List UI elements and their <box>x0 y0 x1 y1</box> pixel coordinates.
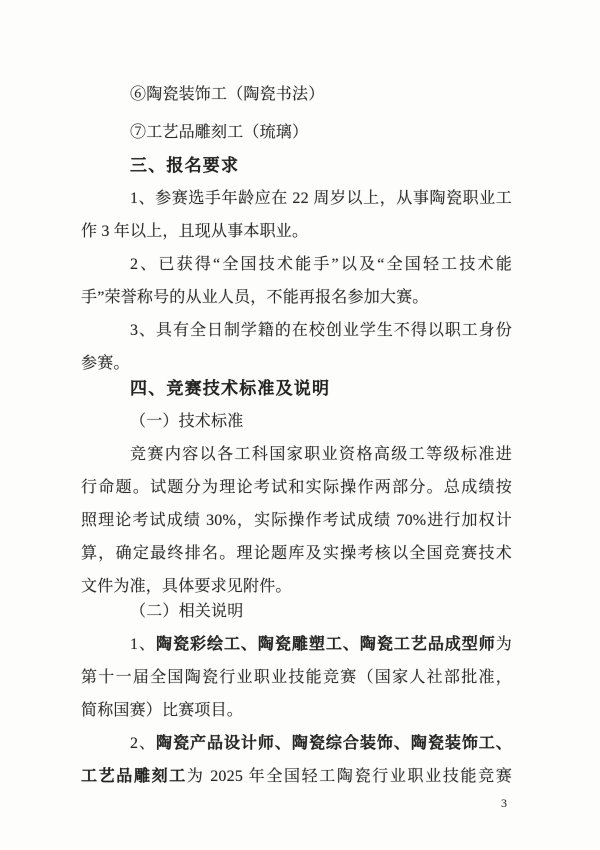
sec4-note2-line2: 工艺品雕刻工为 2025 年全国轻工陶瓷行业职业技能竞赛 <box>81 760 512 793</box>
note1-line1-tail: 为 <box>496 636 512 653</box>
sec4-note1-line3: 简称国赛）比赛项目。 <box>81 694 512 727</box>
note1-number: 1、 <box>130 636 156 653</box>
sec3-item2-line2: 手”荣誉称号的从业人员，不能再报名参加大赛。 <box>81 281 512 314</box>
sec4-subheading-2: （二）相关说明 <box>81 595 512 628</box>
note2-line2-tail: 为 2025 年全国轻工陶瓷行业职业技能竞赛 <box>187 768 512 785</box>
document-body: ⑥陶瓷装饰工（陶瓷书法） ⑦工艺品雕刻工（琉璃） 三、报名要求 1、参赛选手年龄… <box>81 78 512 793</box>
sec3-item2-line1: 2、已获得“全国技术能手”以及“全国轻工技术能 <box>81 248 512 281</box>
note2-bold-occupations: 陶瓷产品设计师、陶瓷综合装饰、陶瓷装饰工、 <box>156 735 512 752</box>
sec4-para1-line4: 算，确定最终排名。理论题库及实操考核以全国竞赛技术 <box>81 537 512 570</box>
section-4-heading: 四、竞赛技术标准及说明 <box>81 372 512 405</box>
sec4-para1-line2: 行命题。试题分为理论考试和实际操作两部分。总成绩按 <box>81 471 512 504</box>
sec3-item1-line2: 作 3 年以上，且现从事本职业。 <box>81 215 512 248</box>
list-item-7: ⑦工艺品雕刻工（琉璃） <box>81 116 512 149</box>
section-3-heading: 三、报名要求 <box>81 149 512 182</box>
document-page: ⑥陶瓷装饰工（陶瓷书法） ⑦工艺品雕刻工（琉璃） 三、报名要求 1、参赛选手年龄… <box>0 0 600 850</box>
sec4-note2-line1: 2、陶瓷产品设计师、陶瓷综合装饰、陶瓷装饰工、 <box>81 727 512 760</box>
page-number: 3 <box>501 796 507 811</box>
sec4-subheading-1: （一）技术标准 <box>81 405 512 438</box>
sec4-para1-line1: 竞赛内容以各工科国家职业资格高级工等级标准进 <box>81 438 512 471</box>
list-item-6: ⑥陶瓷装饰工（陶瓷书法） <box>81 78 512 111</box>
sec4-para1-line3: 照理论考试成绩 30%，实际操作考试成绩 70%进行加权计 <box>81 504 512 537</box>
note2-bold-occupation-cont: 工艺品雕刻工 <box>81 768 187 785</box>
sec4-note1-line1: 1、陶瓷彩绘工、陶瓷雕塑工、陶瓷工艺品成型师为 <box>81 628 512 661</box>
sec4-note1-line2: 第十一届全国陶瓷行业职业技能竞赛（国家人社部批准， <box>81 661 512 694</box>
note2-number: 2、 <box>130 735 156 752</box>
sec3-item3-line1: 3、具有全日制学籍的在校创业学生不得以职工身份 <box>81 314 512 347</box>
note1-bold-occupations: 陶瓷彩绘工、陶瓷雕塑工、陶瓷工艺品成型师 <box>156 636 496 653</box>
sec3-item1-line1: 1、参赛选手年龄应在 22 周岁以上，从事陶瓷职业工 <box>81 182 512 215</box>
